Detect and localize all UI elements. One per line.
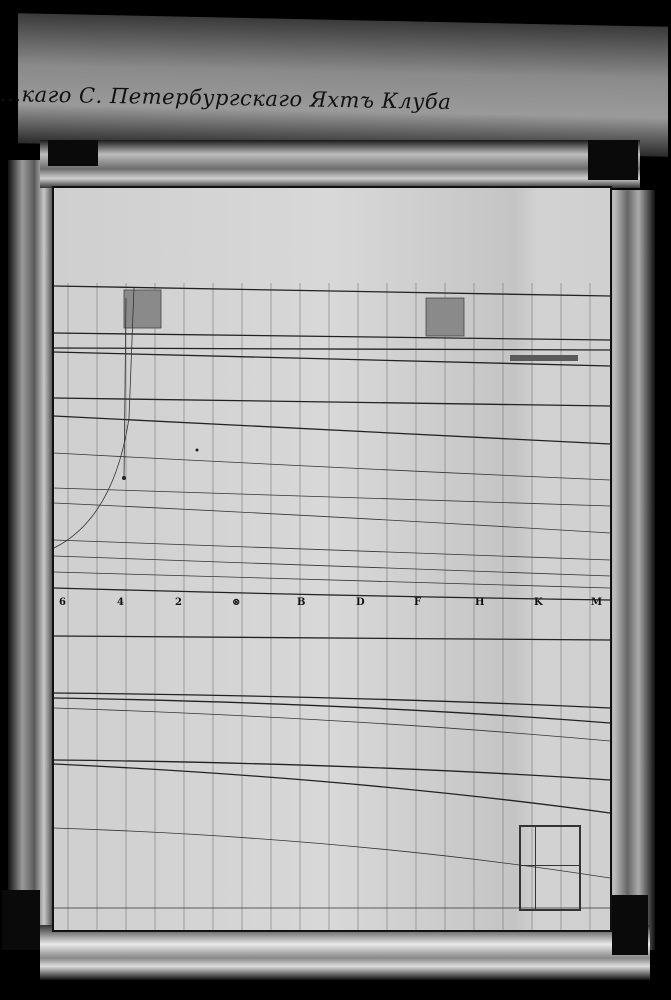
station-label: B [297,597,305,608]
frame-clip-bottom-right [612,895,648,955]
lines-plan [54,188,610,930]
archive-stamp [519,825,581,911]
frame-top [40,140,640,188]
drawing-sheet: 6 4 2 ⊗ B D F H K M [52,186,612,932]
frame-clip-top-right [588,140,638,180]
frame-clip-top-left [48,140,98,166]
station-label: D [356,597,365,608]
station-label: K [534,597,543,608]
station-label: F [414,597,421,608]
frame-clip-bottom-left [2,890,40,950]
frame-bottom [40,925,650,980]
station-label: H [475,597,484,608]
frame-left [8,160,56,950]
station-label: 4 [117,597,124,608]
station-label: M [591,597,602,608]
station-label: 2 [175,597,182,608]
station-label: ⊗ [232,597,240,608]
station-label: 6 [59,597,66,608]
